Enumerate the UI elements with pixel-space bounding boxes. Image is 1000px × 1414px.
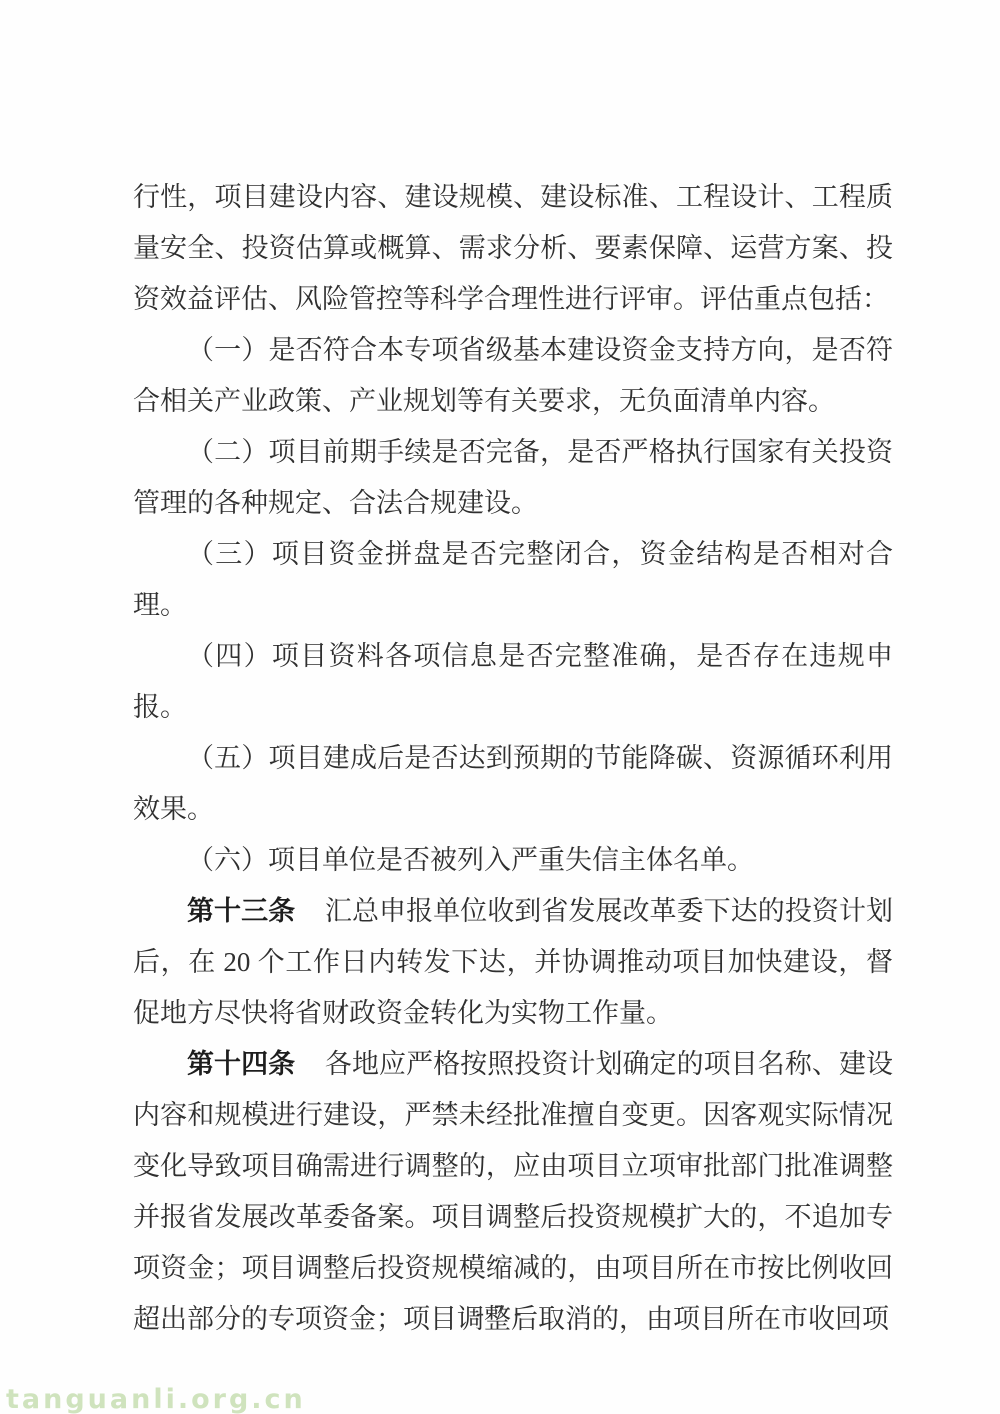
article-13-heading: 第十三条 xyxy=(187,896,295,926)
list-item-2: （二）项目前期手续是否完备，是否严格执行国家有关投资管理的各种规定、合法合规建设… xyxy=(133,427,893,529)
document-page: 行性，项目建设内容、建设规模、建设标准、工程设计、工程质量安全、投资估算或概算、… xyxy=(0,0,1000,1414)
watermark: tanguanli.org.cn xyxy=(6,1384,306,1414)
paragraph-text: 行性，项目建设内容、建设规模、建设标准、工程设计、工程质量安全、投资估算或概算、… xyxy=(133,182,893,314)
list-item-5: （五）项目建成后是否达到预期的节能降碳、资源循环利用效果。 xyxy=(133,733,893,835)
paragraph-text: （六）项目单位是否被列入严重失信主体名单。 xyxy=(187,845,754,875)
paragraph-text: （四）项目资料各项信息是否完整准确，是否存在违规申报。 xyxy=(133,641,893,722)
list-item-3: （三）项目资金拼盘是否完整闭合，资金结构是否相对合理。 xyxy=(133,529,893,631)
document-body: 行性，项目建设内容、建设规模、建设标准、工程设计、工程质量安全、投资估算或概算、… xyxy=(133,172,893,1345)
paragraph-text: （二）项目前期手续是否完备，是否严格执行国家有关投资管理的各种规定、合法合规建设… xyxy=(133,437,893,518)
paragraph-text: （五）项目建成后是否达到预期的节能降碳、资源循环利用效果。 xyxy=(133,743,893,824)
list-item-6: （六）项目单位是否被列入严重失信主体名单。 xyxy=(133,835,893,886)
paragraph-continuation: 行性，项目建设内容、建设规模、建设标准、工程设计、工程质量安全、投资估算或概算、… xyxy=(133,172,893,325)
page-number: - 7 - xyxy=(0,1300,1000,1326)
paragraph-text: （一）是否符合本专项省级基本建设资金支持方向，是否符合相关产业政策、产业规划等有… xyxy=(133,335,893,416)
paragraph-text: 各地应严格按照投资计划确定的项目名称、建设内容和规模进行建设，严禁未经批准擅自变… xyxy=(133,1049,893,1334)
paragraph-text: （三）项目资金拼盘是否完整闭合，资金结构是否相对合理。 xyxy=(133,539,893,620)
article-13: 第十三条汇总申报单位收到省发展改革委下达的投资计划后，在 20 个工作日内转发下… xyxy=(133,886,893,1039)
article-14-heading: 第十四条 xyxy=(187,1049,295,1079)
list-item-1: （一）是否符合本专项省级基本建设资金支持方向，是否符合相关产业政策、产业规划等有… xyxy=(133,325,893,427)
list-item-4: （四）项目资料各项信息是否完整准确，是否存在违规申报。 xyxy=(133,631,893,733)
